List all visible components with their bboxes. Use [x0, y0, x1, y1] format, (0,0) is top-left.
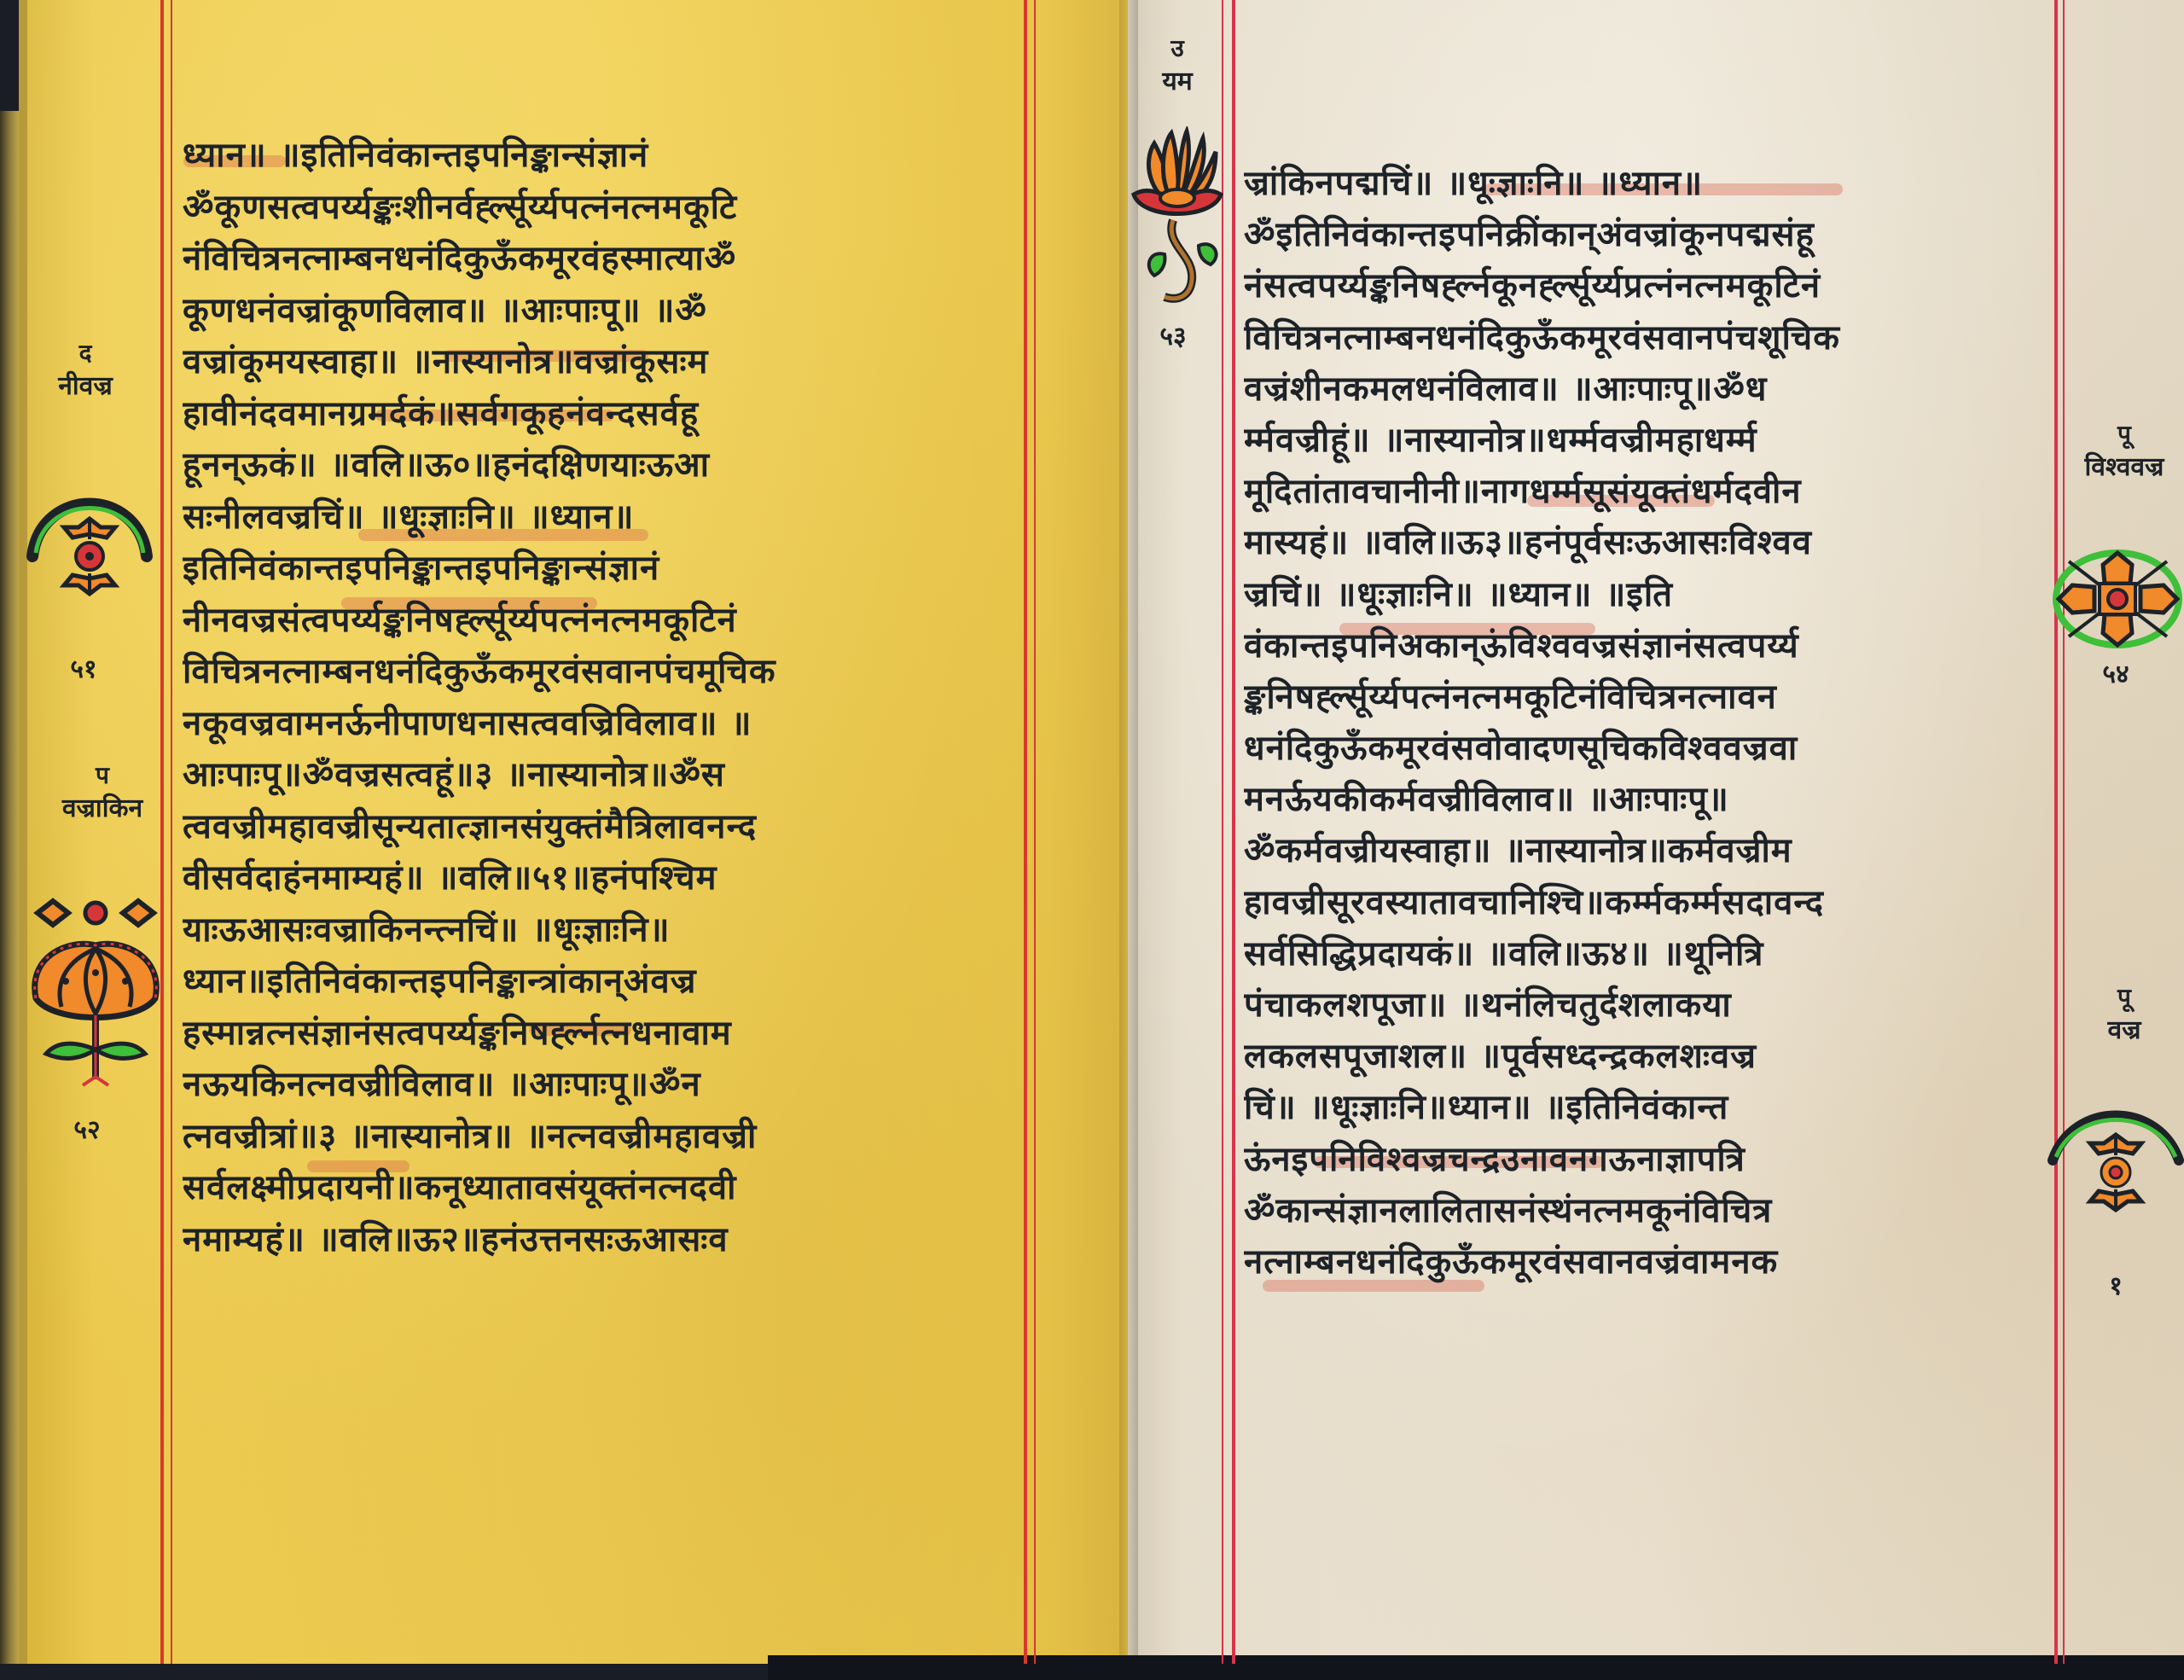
- double-vajra-icon: [2052, 546, 2184, 653]
- text-line: र्म्मवज्रीहूं॥ ॥नास्यानोत्र॥धर्म्मवज्रीम…: [1244, 415, 2050, 466]
- folio-number: ५१: [49, 650, 118, 685]
- margin-name: यम: [1135, 65, 1220, 99]
- text-line: ॐकूणसत्वपर्य्यङ्कःशीनर्वर्ह्ल्सूर्य्यपत्…: [183, 182, 1027, 234]
- folio-number: ५४: [2082, 655, 2150, 690]
- margin-label: पू: [2065, 418, 2184, 451]
- text-line: मूदितांतावचानीनी॥नागधर्म्मसूसंयूक्तंधर्म…: [1244, 466, 2050, 517]
- text-line: ध्यान॥ ॥इतिनिवंकान्तइपनिङ्कान्संज्ञानं: [183, 130, 1027, 182]
- text-line: याःऊआसःवज्राकिनन्त्नचिं॥ ॥धूःज्ञाःनि॥: [183, 904, 1027, 956]
- left-page-text: ध्यान॥ ॥इतिनिवंकान्तइपनिङ्कान्संज्ञानं ॐ…: [183, 130, 1027, 1265]
- text-line: पंचाकलशपूजा॥ ॥थनंलिचतुर्दशलाकया: [1244, 980, 2050, 1031]
- margin-name: वज्राकिन: [26, 792, 179, 826]
- margin-note-vishvavajra: पू विश्ववज्र: [2065, 418, 2184, 485]
- vajra-under-arch-icon: [26, 478, 154, 640]
- right-page-outer-rule: [2054, 0, 2058, 1664]
- text-line: मास्यहं॥ ॥वलि॥ऊ३॥हनंपूर्वसःऊआसःविश्वव: [1244, 517, 2050, 568]
- margin-note-vajrakin: प वज्राकिन: [26, 759, 179, 826]
- text-line: ऊंनइपनिविश्वज्रचन्द्रउनावनगऊनाज्ञापत्रि: [1244, 1134, 2050, 1185]
- text-line: कूणधनंवज्रांकूणविलाव॥ ॥आःपाःपू॥ ॥ॐ: [183, 285, 1027, 337]
- text-line: मनर्ऊयकीकर्मवज्रीविलाव॥ ॥आःपाःपू॥: [1244, 774, 2050, 825]
- text-line: ॐकान्संज्ञानलालितासनंस्थंनत्नमकूनंविचित्…: [1244, 1185, 2050, 1236]
- text-line: हावीनंदवमानग्रमर्दकं॥सर्वगकूहनंवन्दसर्वह…: [183, 388, 1027, 440]
- margin-label: उ: [1135, 32, 1220, 65]
- margin-name: नीवज्र: [26, 369, 145, 404]
- text-line: नीनवज्रसंत्वपर्य्यङ्कनिषर्ह्ल्सूर्य्यपत्…: [183, 595, 1027, 647]
- text-line: सःनीलवज्रचिं॥ ॥धूःज्ञाःनि॥ ॥ध्यान॥: [183, 491, 1027, 544]
- text-line: हावज्रीसूरवस्यातावचानिश्चि॥कर्म्मकर्म्मस…: [1244, 877, 2050, 928]
- folio-number: १: [2082, 1267, 2150, 1302]
- text-line: ध्यान॥इतिनिवंकान्तइपनिङ्कान्त्रांकान्अंव…: [183, 956, 1027, 1008]
- lotus-flower-icon: [1130, 126, 1224, 310]
- text-line: ङ्कनिषर्ह्ल्सूर्य्यपत्नंनत्नमकूटिनंविचित…: [1244, 671, 2050, 723]
- background-shadow: [768, 1655, 2184, 1680]
- folio-number: ५३: [1139, 317, 1207, 352]
- text-line: त्ववज्रीमहावज्रीसून्यतात्ज्ञानसंयुक्तंमै…: [183, 801, 1027, 853]
- text-line: धनंदिकुऊँकमूरवंसवोवादणसूचिकविश्ववज्रवा: [1244, 723, 2050, 774]
- left-page-inner-rule-second: [1034, 0, 1036, 1664]
- text-line: ज्रचिं॥ ॥धूःज्ञाःनि॥ ॥ध्यान॥ ॥इति: [1244, 569, 2050, 620]
- left-page-stack-edge: [0, 111, 19, 1664]
- text-line: विचित्रनत्नाम्बनधनंदिकुऊँकमूरवंसवानपंचशू…: [1244, 312, 2050, 363]
- right-page-outer-rule-inner: [2063, 0, 2065, 1664]
- text-line: नऊयकिनत्नवज्रीविलाव॥ ॥आःपाःपू॥ॐन: [183, 1059, 1027, 1111]
- text-line: इतिनिवंकान्तइपनिङ्कान्तइपनिङ्कान्संज्ञान…: [183, 543, 1027, 595]
- text-line: विचित्रनत्नाम्बनधनंदिकुऊँकमूरवंसवानपंचमू…: [183, 646, 1027, 698]
- text-line: सर्वसिद्धिप्रदायकं॥ ॥वलि॥ऊ४॥ ॥थूनित्रि: [1244, 928, 2050, 980]
- left-page-outer-rule-inner: [171, 0, 172, 1664]
- margin-note-vajra: पू वज्र: [2082, 981, 2167, 1048]
- text-line: नंविचित्रनत्नाम्बनधनंदिकुऊँकमूरवंहस्मात्…: [183, 233, 1027, 285]
- text-line: हस्मान्नत्नसंज्ञानंसत्वपर्य्यङ्कनिषर्ह्ल…: [183, 1008, 1027, 1060]
- margin-note-yama: उ यम: [1135, 32, 1220, 99]
- text-line: लकलसपूजाशल॥ ॥पूर्वसध्दन्द्रकलशःवज्र: [1244, 1031, 2050, 1082]
- text-line: नत्नाम्बनधनंदिकुऊँकमूरवंसवानवज्रंवामनक: [1244, 1236, 2050, 1288]
- margin-label: प: [26, 759, 179, 792]
- text-line: ॐकर्मवज्रीयस्वाहा॥ ॥नास्यानोत्र॥कर्मवज्र…: [1244, 825, 2050, 876]
- text-line: आःपाःपू॥ॐवज्रसत्वहूं॥३ ॥नास्यानोत्र॥ॐस: [183, 749, 1027, 801]
- text-line: नमाम्यहं॥ ॥वलि॥ऊ२॥हनंउत्तनसःऊआसःव: [183, 1214, 1027, 1266]
- text-line: त्नवज्रीत्रां॥३ ॥नास्यानोत्र॥ ॥नत्नवज्री…: [183, 1111, 1027, 1163]
- text-line: ॐइतिनिवंकान्तइपनिक्रींकान्अंवज्रांकूनपद्…: [1244, 209, 2050, 260]
- text-line: नकूवज्रवामनर्ऊनीपाणधनासत्ववज्रिविलाव॥ ॥: [183, 698, 1027, 750]
- right-page-inner-rule-second: [1232, 0, 1235, 1664]
- text-line: नंसत्वपर्य्यङ्कनिषर्ह्ल्नकूनर्ह्ल्सूर्य्…: [1244, 260, 2050, 311]
- text-line: वीसर्वदाहंनमाम्यहं॥ ॥वलि॥५१॥हनंपश्चिम: [183, 852, 1027, 904]
- lotus-with-jewels-icon: [27, 887, 164, 1109]
- text-line: वज्रांकूमयस्वाहा॥ ॥नास्यानोत्र॥वज्रांकूस…: [183, 336, 1027, 388]
- margin-note-niv: द नीवज्र: [26, 337, 145, 404]
- margin-name: वज्र: [2082, 1014, 2167, 1048]
- folio-number: ५२: [53, 1111, 121, 1146]
- manuscript-spread: ध्यान॥ ॥इतिनिवंकान्तइपनिङ्कान्संज्ञानं ॐ…: [0, 0, 2184, 1680]
- text-line: ज्रांकिनपद्मचिं॥ ॥धूःज्ञाःनि॥ ॥ध्यान॥: [1244, 158, 2050, 209]
- margin-label: पू: [2082, 981, 2167, 1014]
- text-line: सर्वलक्ष्मीप्रदायनी॥कनूध्यातावसंयूक्तंनत…: [183, 1162, 1027, 1214]
- margin-label: द: [26, 337, 145, 369]
- margin-name: विश्ववज्र: [2065, 451, 2184, 485]
- text-line: चिं॥ ॥धूःज्ञाःनि॥ध्यान॥ ॥इतिनिवंकान्त: [1244, 1082, 2050, 1133]
- vajra-under-arch-icon: [2047, 1101, 2184, 1254]
- right-page-text: ज्रांकिनपद्मचिं॥ ॥धूःज्ञाःनि॥ ॥ध्यान॥ ॐइ…: [1244, 158, 2050, 1288]
- text-line: हूनन्ऊकं॥ ॥वलि॥ऊ०॥हनंदक्षिणयाःऊआ: [183, 439, 1027, 491]
- left-page-outer-rule: [160, 0, 164, 1664]
- text-line: वज्रंशीनकमलधनंविलाव॥ ॥आःपाःपू॥ॐध: [1244, 363, 2050, 415]
- text-line: वंकान्तइपनिअकान्ऊंविश्ववज्रसंज्ञानंसत्वप…: [1244, 620, 2050, 671]
